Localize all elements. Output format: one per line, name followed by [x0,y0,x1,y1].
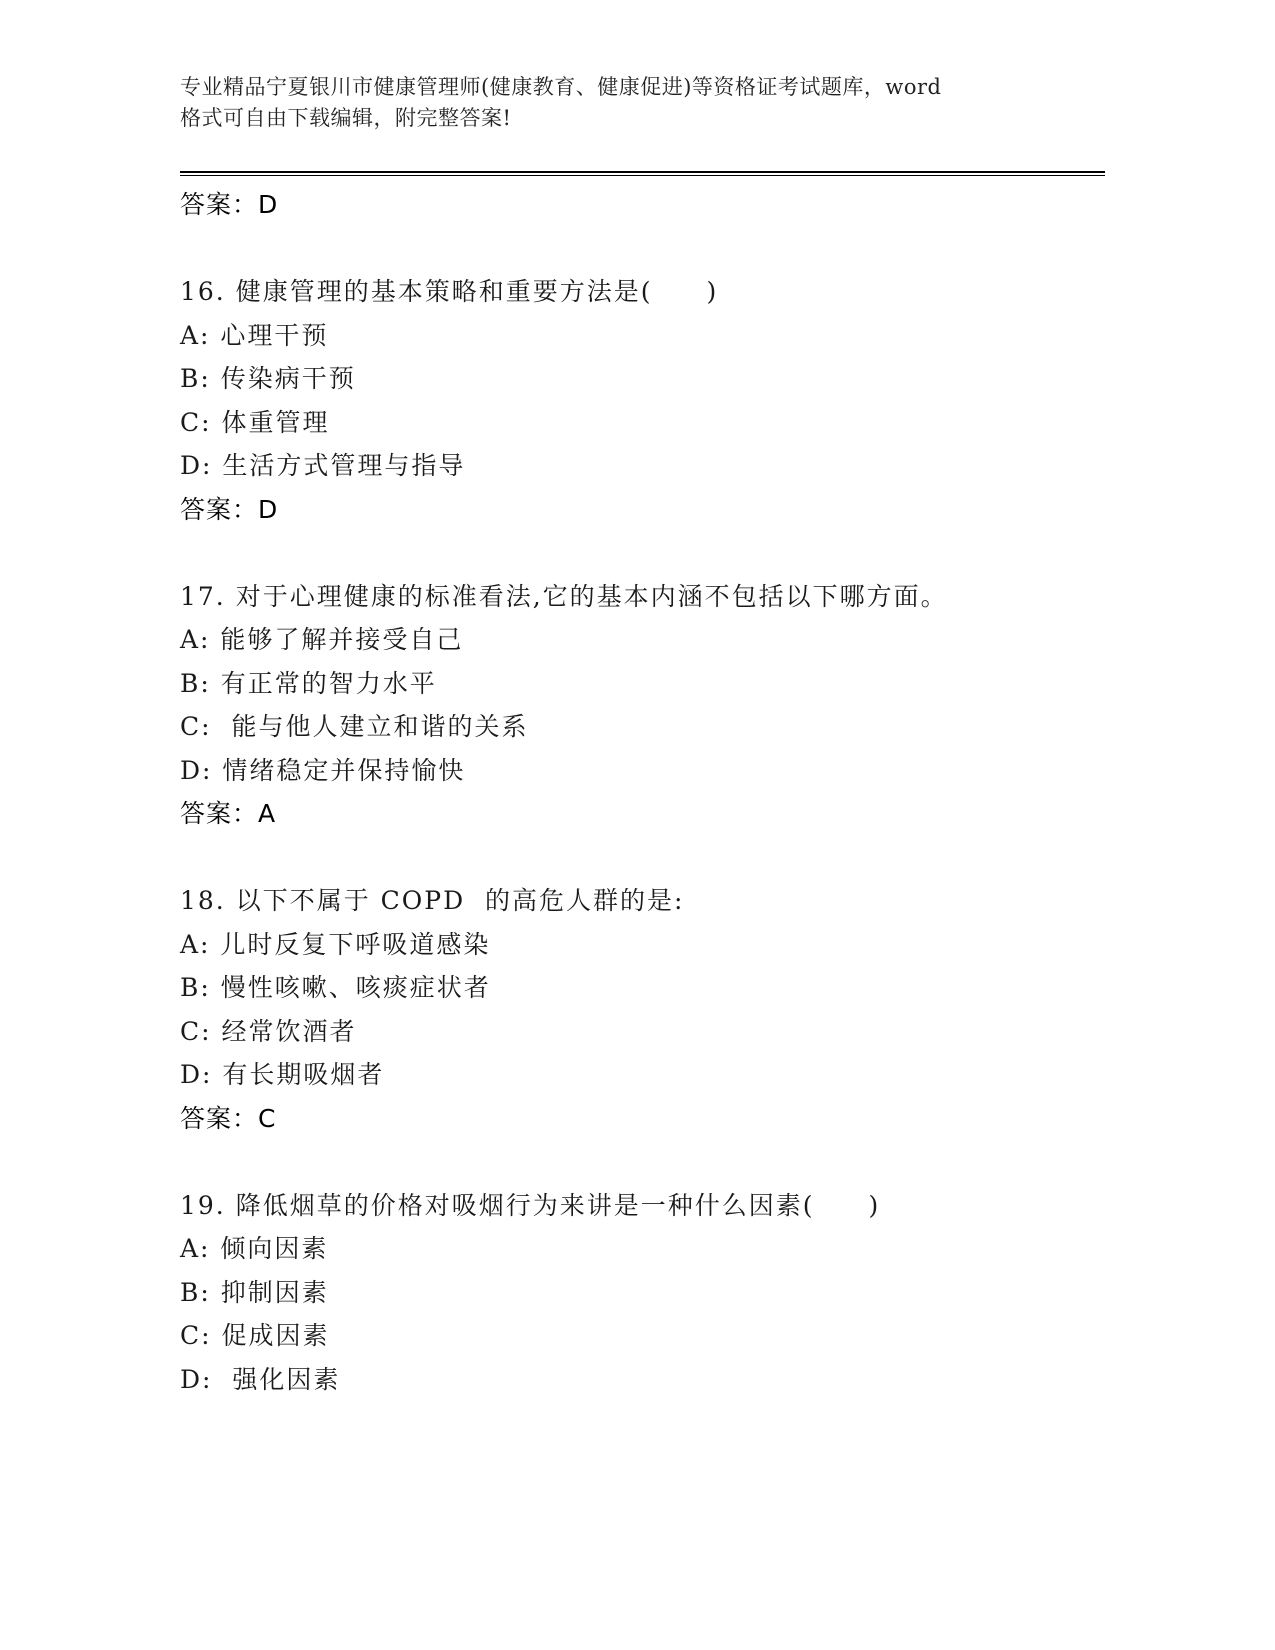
question-17: 17. 对于心理健康的标准看法,它的基本内涵不包括以下哪方面。 A: 能够了解并… [180,575,1105,836]
option-c: C: 促成因素 [180,1314,1105,1358]
question-18: 18. 以下不属于 COPD 的高危人群的是: A: 儿时反复下呼吸道感染 B:… [180,879,1105,1140]
answer: 答案：A [180,792,1105,836]
answer: 答案：C [180,1097,1105,1141]
option-b: B: 有正常的智力水平 [180,662,1105,706]
question-stem: 18. 以下不属于 COPD 的高危人群的是: [180,879,1105,923]
option-d: D: 强化因素 [180,1358,1105,1402]
option-c: C: 体重管理 [180,401,1105,445]
previous-answer: 答案：D [180,183,1105,227]
question-stem: 19. 降低烟草的价格对吸烟行为来讲是一种什么因素( ) [180,1184,1105,1228]
header-rule-top [180,171,1105,173]
option-d: D: 生活方式管理与指导 [180,444,1105,488]
option-d: D: 情绪稳定并保持愉快 [180,749,1105,793]
option-b: B: 传染病干预 [180,357,1105,401]
question-stem: 17. 对于心理健康的标准看法,它的基本内涵不包括以下哪方面。 [180,575,1105,619]
option-a: A: 倾向因素 [180,1227,1105,1271]
option-d: D: 有长期吸烟者 [180,1053,1105,1097]
option-a: A: 能够了解并接受自己 [180,618,1105,662]
document-body: 答案：D 16. 健康管理的基本策略和重要方法是( ) A: 心理干预 B: 传… [180,183,1105,1401]
option-b: B: 慢性咳嗽、咳痰症状者 [180,966,1105,1010]
header-rule-bottom [180,175,1105,176]
document-header: 专业精品宁夏银川市健康管理师(健康教育、健康促进)等资格证考试题库，word 格… [180,72,1040,134]
header-line-2: 格式可自由下载编辑，附完整答案! [180,103,1040,134]
option-a: A: 心理干预 [180,314,1105,358]
option-c: C: 能与他人建立和谐的关系 [180,705,1105,749]
option-c: C: 经常饮酒者 [180,1010,1105,1054]
option-a: A: 儿时反复下呼吸道感染 [180,923,1105,967]
question-16: 16. 健康管理的基本策略和重要方法是( ) A: 心理干预 B: 传染病干预 … [180,270,1105,531]
question-19: 19. 降低烟草的价格对吸烟行为来讲是一种什么因素( ) A: 倾向因素 B: … [180,1184,1105,1402]
option-b: B: 抑制因素 [180,1271,1105,1315]
question-stem: 16. 健康管理的基本策略和重要方法是( ) [180,270,1105,314]
answer: 答案：D [180,488,1105,532]
header-line-1: 专业精品宁夏银川市健康管理师(健康教育、健康促进)等资格证考试题库，word [180,72,1040,103]
